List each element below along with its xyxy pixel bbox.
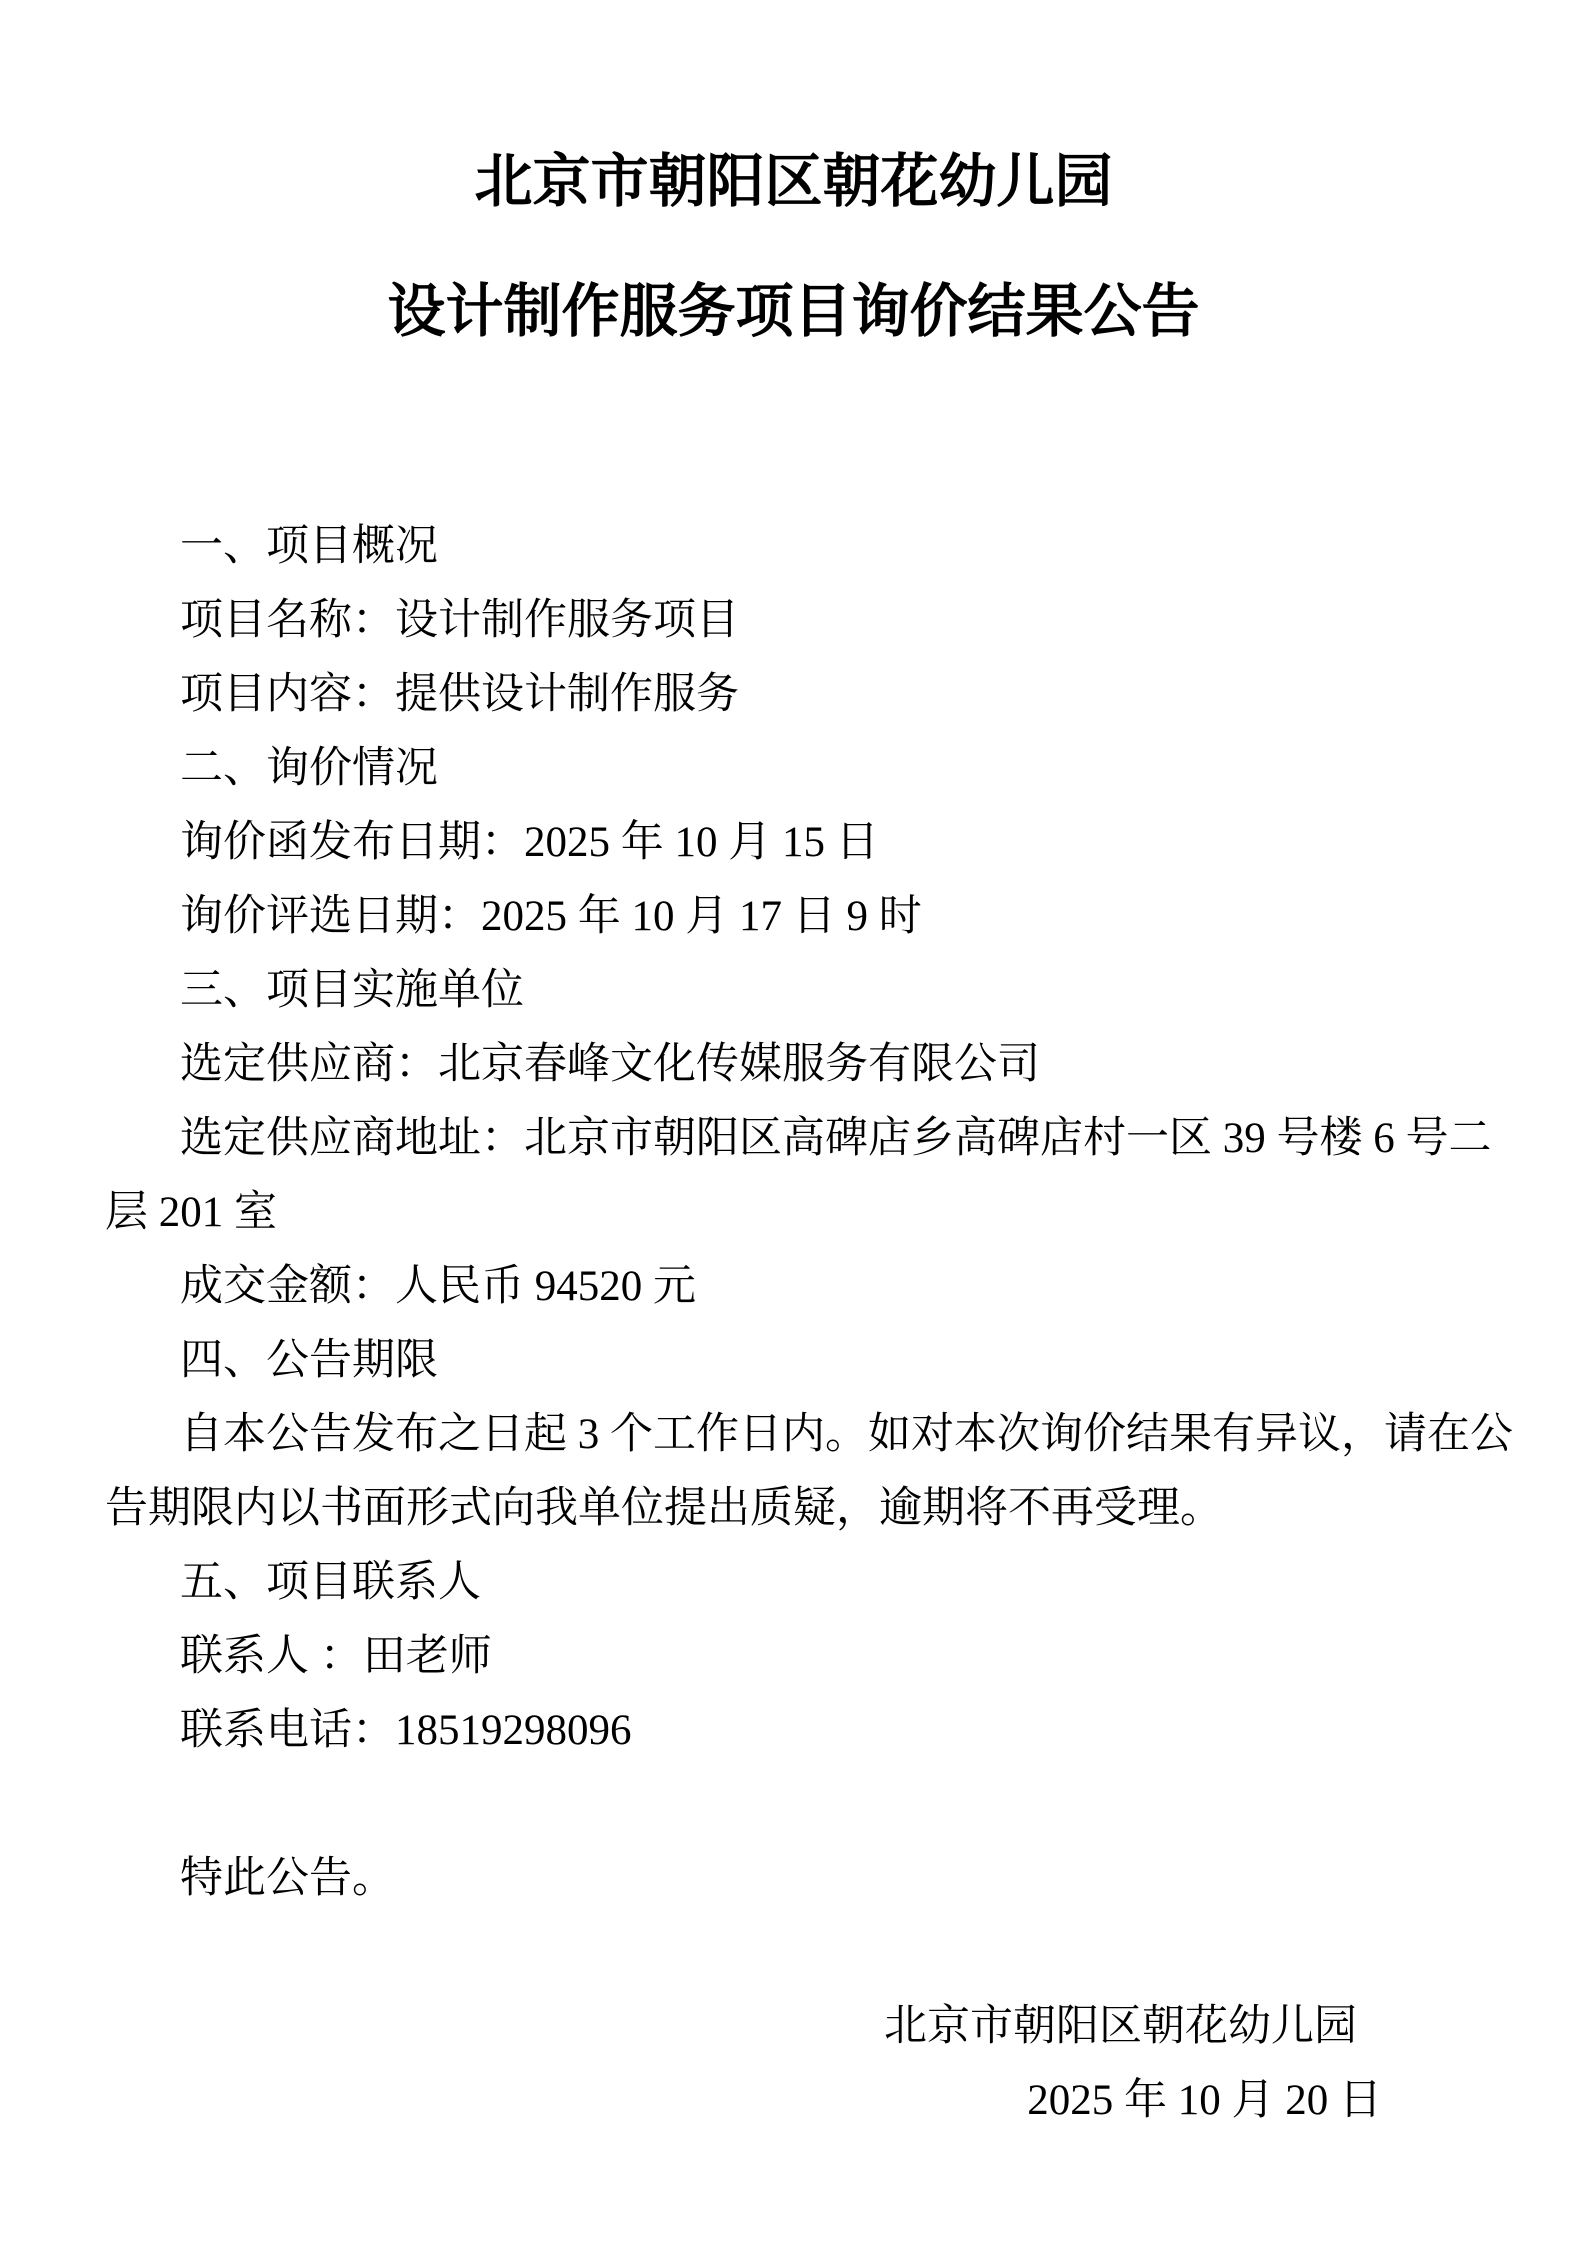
section-1-heading: 一、项目概况	[105, 510, 1482, 584]
closing-line: 特此公告。	[105, 1842, 1482, 1916]
deal-amount-line: 成交金额：人民币 94520 元	[105, 1250, 1482, 1324]
document-title-line1: 北京市朝阳区朝花幼儿园	[105, 150, 1482, 214]
issuer-name: 北京市朝阳区朝花幼儿园	[105, 1990, 1482, 2064]
supplier-address-line-1: 选定供应商地址：北京市朝阳区高碑店乡高碑店村一区 39 号楼 6 号二	[105, 1102, 1482, 1176]
contact-phone-line: 联系电话：18519298096	[105, 1694, 1482, 1768]
inquiry-selection-date-line: 询价评选日期：2025 年 10 月 17 日 9 时	[105, 880, 1482, 954]
selected-supplier-line: 选定供应商：北京春峰文化传媒服务有限公司	[105, 1028, 1482, 1102]
project-content-line: 项目内容：提供设计制作服务	[105, 658, 1482, 732]
notice-period-line-1: 自本公告发布之日起 3 个工作日内。如对本次询价结果有异议，请在公	[105, 1398, 1482, 1472]
issue-date: 2025 年 10 月 20 日	[105, 2064, 1482, 2138]
section-2-heading: 二、询价情况	[105, 732, 1482, 806]
document-title-line2: 设计制作服务项目询价结果公告	[105, 280, 1482, 344]
project-name-line: 项目名称：设计制作服务项目	[105, 584, 1482, 658]
document-body: 一、项目概况 项目名称：设计制作服务项目 项目内容：提供设计制作服务 二、询价情…	[105, 510, 1482, 1768]
signature-block: 北京市朝阳区朝花幼儿园 2025 年 10 月 20 日	[105, 1990, 1482, 2138]
supplier-address-line-2: 层 201 室	[105, 1176, 1482, 1250]
inquiry-publish-date-line: 询价函发布日期：2025 年 10 月 15 日	[105, 806, 1482, 880]
section-4-heading: 四、公告期限	[105, 1324, 1482, 1398]
document-page: 北京市朝阳区朝花幼儿园 设计制作服务项目询价结果公告 一、项目概况 项目名称：设…	[0, 0, 1587, 2245]
section-3-heading: 三、项目实施单位	[105, 954, 1482, 1028]
contact-person-line: 联系人 ：田老师	[105, 1620, 1482, 1694]
notice-period-line-2: 告期限内以书面形式向我单位提出质疑，逾期将不再受理。	[105, 1472, 1482, 1546]
section-5-heading: 五、项目联系人	[105, 1546, 1482, 1620]
